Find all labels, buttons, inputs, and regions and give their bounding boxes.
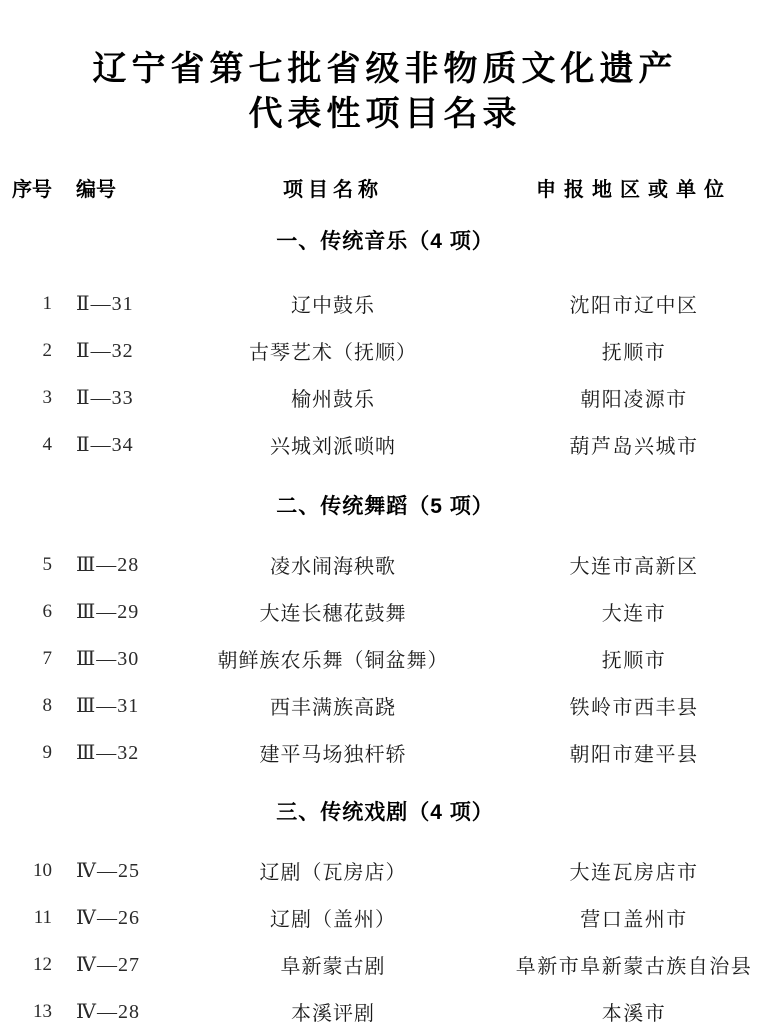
table-row: 5 Ⅲ—28 凌水闹海秧歌 大连市高新区 <box>0 541 770 588</box>
row-index: 6 <box>0 601 68 623</box>
table-row: 4 Ⅱ—34 兴城刘派唢呐 葫芦岛兴城市 <box>0 421 770 468</box>
title-line-1: 辽宁省第七批省级非物质文化遗产 <box>0 47 770 92</box>
document-page: 辽宁省第七批省级非物质文化遗产 代表性项目名录 序号 编号 项目名称 申报地区或… <box>0 0 770 1035</box>
table-row: 13 Ⅳ—28 本溪评剧 本溪市 <box>0 988 770 1035</box>
row-region: 抚顺市 <box>498 336 770 365</box>
section: 二、传统舞蹈（5 项） 5 Ⅲ—28 凌水闹海秧歌 大连市高新区 6 Ⅲ—29 … <box>0 494 770 776</box>
table-row: 10 Ⅳ—25 辽剧（瓦房店） 大连瓦房店市 <box>0 847 770 894</box>
row-region: 葫芦岛兴城市 <box>498 430 770 459</box>
section-heading: 二、传统舞蹈（5 项） <box>0 494 770 520</box>
row-index: 13 <box>0 1001 68 1023</box>
row-index: 8 <box>0 695 68 717</box>
row-name: 兴城刘派唢呐 <box>168 430 498 459</box>
row-name: 古琴艺术（抚顺） <box>168 336 498 365</box>
row-code: Ⅳ—26 <box>68 905 168 930</box>
table-row: 1 Ⅱ—31 辽中鼓乐 沈阳市辽中区 <box>0 280 770 327</box>
col-header-name: 项目名称 <box>168 173 498 202</box>
title-line-2: 代表性项目名录 <box>0 92 770 137</box>
row-code: Ⅳ—28 <box>68 999 168 1024</box>
table-row: 6 Ⅲ—29 大连长穗花鼓舞 大连市 <box>0 588 770 635</box>
document-title: 辽宁省第七批省级非物质文化遗产 代表性项目名录 <box>0 47 770 137</box>
row-region: 大连瓦房店市 <box>498 856 770 885</box>
row-index: 10 <box>0 860 68 882</box>
row-region: 沈阳市辽中区 <box>498 289 770 318</box>
row-name: 建平马场独杆轿 <box>168 738 498 767</box>
col-header-region: 申报地区或单位 <box>498 173 770 202</box>
row-name: 朝鲜族农乐舞（铜盆舞） <box>168 644 498 673</box>
row-name: 辽中鼓乐 <box>168 289 498 318</box>
row-name: 凌水闹海秧歌 <box>168 550 498 579</box>
table-row: 8 Ⅲ—31 西丰满族高跷 铁岭市西丰县 <box>0 682 770 729</box>
row-index: 11 <box>0 907 68 929</box>
sections-container: 一、传统音乐（4 项） 1 Ⅱ—31 辽中鼓乐 沈阳市辽中区 2 Ⅱ—32 古琴… <box>0 229 770 1035</box>
row-index: 4 <box>0 434 68 456</box>
row-name: 本溪评剧 <box>168 997 498 1026</box>
row-index: 5 <box>0 554 68 576</box>
row-region: 铁岭市西丰县 <box>498 691 770 720</box>
row-index: 12 <box>0 954 68 976</box>
row-code: Ⅲ—32 <box>68 740 168 765</box>
row-name: 阜新蒙古剧 <box>168 950 498 979</box>
row-code: Ⅲ—31 <box>68 693 168 718</box>
col-header-index: 序号 <box>0 173 68 202</box>
row-code: Ⅳ—25 <box>68 858 168 883</box>
row-region: 营口盖州市 <box>498 903 770 932</box>
section: 一、传统音乐（4 项） 1 Ⅱ—31 辽中鼓乐 沈阳市辽中区 2 Ⅱ—32 古琴… <box>0 229 770 468</box>
table-row: 12 Ⅳ—27 阜新蒙古剧 阜新市阜新蒙古族自治县 <box>0 941 770 988</box>
row-name: 大连长穗花鼓舞 <box>168 597 498 626</box>
row-name: 辽剧（盖州） <box>168 903 498 932</box>
row-code: Ⅱ—34 <box>68 432 168 457</box>
table-row: 3 Ⅱ—33 榆州鼓乐 朝阳凌源市 <box>0 374 770 421</box>
col-header-code: 编号 <box>68 173 168 202</box>
row-code: Ⅲ—28 <box>68 552 168 577</box>
row-name: 辽剧（瓦房店） <box>168 856 498 885</box>
row-index: 2 <box>0 340 68 362</box>
section: 三、传统戏剧（4 项） 10 Ⅳ—25 辽剧（瓦房店） 大连瓦房店市 11 Ⅳ—… <box>0 800 770 1035</box>
section-rows: 5 Ⅲ—28 凌水闹海秧歌 大连市高新区 6 Ⅲ—29 大连长穗花鼓舞 大连市 … <box>0 541 770 776</box>
row-region: 抚顺市 <box>498 644 770 673</box>
row-region: 大连市高新区 <box>498 550 770 579</box>
section-heading: 一、传统音乐（4 项） <box>0 229 770 255</box>
row-code: Ⅲ—29 <box>68 599 168 624</box>
row-code: Ⅱ—32 <box>68 338 168 363</box>
row-code: Ⅱ—33 <box>68 385 168 410</box>
row-region: 大连市 <box>498 597 770 626</box>
table-header-row: 序号 编号 项目名称 申报地区或单位 <box>0 173 770 199</box>
section-rows: 1 Ⅱ—31 辽中鼓乐 沈阳市辽中区 2 Ⅱ—32 古琴艺术（抚顺） 抚顺市 3… <box>0 280 770 468</box>
row-code: Ⅱ—31 <box>68 291 168 316</box>
row-index: 7 <box>0 648 68 670</box>
table-row: 9 Ⅲ—32 建平马场独杆轿 朝阳市建平县 <box>0 729 770 776</box>
section-heading: 三、传统戏剧（4 项） <box>0 800 770 826</box>
row-region: 阜新市阜新蒙古族自治县 <box>498 950 770 979</box>
row-index: 3 <box>0 387 68 409</box>
row-index: 1 <box>0 293 68 315</box>
row-name: 榆州鼓乐 <box>168 383 498 412</box>
table-row: 2 Ⅱ—32 古琴艺术（抚顺） 抚顺市 <box>0 327 770 374</box>
row-region: 朝阳凌源市 <box>498 383 770 412</box>
section-rows: 10 Ⅳ—25 辽剧（瓦房店） 大连瓦房店市 11 Ⅳ—26 辽剧（盖州） 营口… <box>0 847 770 1035</box>
table-row: 7 Ⅲ—30 朝鲜族农乐舞（铜盆舞） 抚顺市 <box>0 635 770 682</box>
row-name: 西丰满族高跷 <box>168 691 498 720</box>
table-row: 11 Ⅳ—26 辽剧（盖州） 营口盖州市 <box>0 894 770 941</box>
row-code: Ⅳ—27 <box>68 952 168 977</box>
row-code: Ⅲ—30 <box>68 646 168 671</box>
row-region: 本溪市 <box>498 997 770 1026</box>
row-index: 9 <box>0 742 68 764</box>
row-region: 朝阳市建平县 <box>498 738 770 767</box>
